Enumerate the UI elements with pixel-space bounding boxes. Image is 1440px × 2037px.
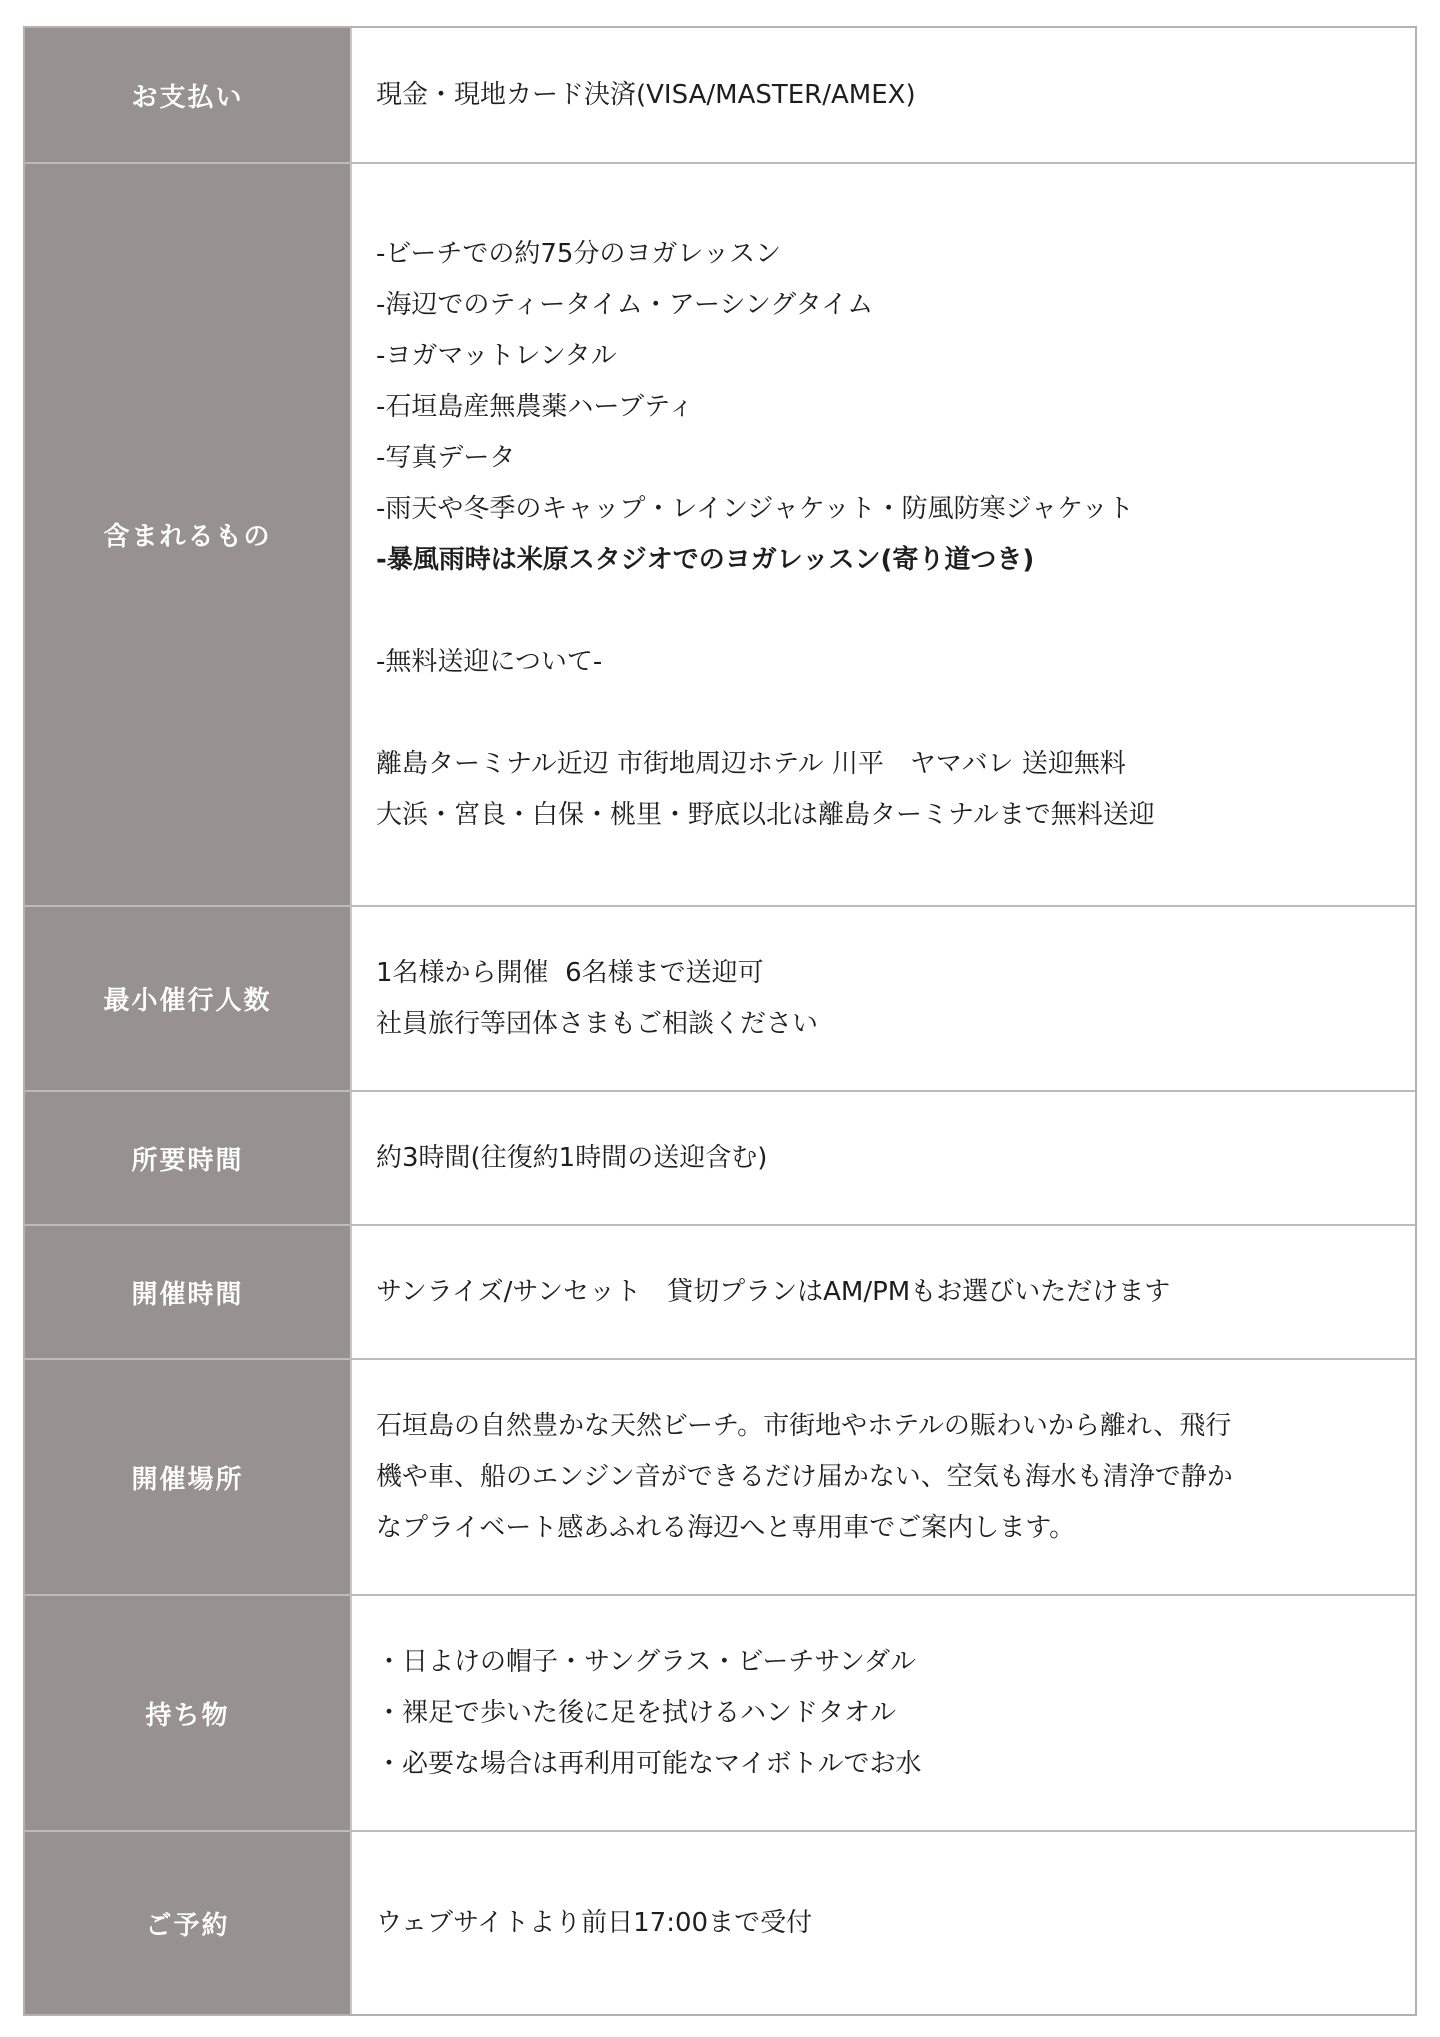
value-line: ・日よけの帽子・サングラス・ビーチサンダル [376,1637,1391,1688]
value-line [376,586,1391,637]
row-value: サンライズ/サンセット 貸切プランはAM/PMもお選びいただけます [352,1226,1415,1358]
table-row: ご予約ウェブサイトより前日17:00まで受付 [25,1830,1415,2014]
row-value: 石垣島の自然豊かな天然ビーチ。市街地やホテルの賑わいから離れ、飛行機や車、船のエ… [352,1360,1415,1594]
value-line: 約3時間(往復約1時間の送迎含む) [376,1133,1391,1184]
value-line [376,688,1391,739]
row-label: 開催時間 [25,1226,352,1358]
row-label: 所要時間 [25,1092,352,1224]
table-row: 持ち物・日よけの帽子・サングラス・ビーチサンダル・裸足で歩いた後に足を拭けるハン… [25,1594,1415,1830]
value-line: ウェブサイトより前日17:00まで受付 [376,1898,1391,1949]
row-label: お支払い [25,28,352,162]
row-value: -ビーチでの約75分のヨガレッスン-海辺でのティータイム・アーシングタイム-ヨガ… [352,164,1415,905]
value-line: -暴風雨時は米原スタジオでのヨガレッスン(寄り道つき) [376,535,1391,586]
table-row: 開催場所石垣島の自然豊かな天然ビーチ。市街地やホテルの賑わいから離れ、飛行機や車… [25,1358,1415,1594]
value-line: -雨天や冬季のキャップ・レインジャケット・防風防寒ジャケット [376,484,1391,535]
table-row: お支払い現金・現地カード決済(VISA/MASTER/AMEX) [25,28,1415,162]
row-value: 約3時間(往復約1時間の送迎含む) [352,1092,1415,1224]
value-line: ・必要な場合は再利用可能なマイボトルでお水 [376,1739,1391,1790]
value-line: -無料送迎について- [376,637,1391,688]
value-line: -海辺でのティータイム・アーシングタイム [376,280,1391,331]
value-line: 現金・現地カード決済(VISA/MASTER/AMEX) [376,70,1391,121]
value-line: なプライベート感あふれる海辺へと専用車でご案内します。 [376,1503,1391,1554]
info-table: お支払い現金・現地カード決済(VISA/MASTER/AMEX)含まれるもの-ビ… [23,26,1417,2016]
value-line: ・裸足で歩いた後に足を拭けるハンドタオル [376,1688,1391,1739]
value-line: -ビーチでの約75分のヨガレッスン [376,229,1391,280]
value-line: -ヨガマットレンタル [376,331,1391,382]
value-line: 社員旅行等団体さまもご相談ください [376,999,1391,1050]
row-value: 1名様から開催 6名様まで送迎可社員旅行等団体さまもご相談ください [352,907,1415,1090]
table-row: 所要時間約3時間(往復約1時間の送迎含む) [25,1090,1415,1224]
table-row: 含まれるもの-ビーチでの約75分のヨガレッスン-海辺でのティータイム・アーシング… [25,162,1415,905]
row-value: ・日よけの帽子・サングラス・ビーチサンダル・裸足で歩いた後に足を拭けるハンドタオ… [352,1596,1415,1830]
row-value: 現金・現地カード決済(VISA/MASTER/AMEX) [352,28,1415,162]
table-row: 開催時間サンライズ/サンセット 貸切プランはAM/PMもお選びいただけます [25,1224,1415,1358]
row-label: 持ち物 [25,1596,352,1830]
row-value: ウェブサイトより前日17:00まで受付 [352,1832,1415,2014]
row-label: 最小催行人数 [25,907,352,1090]
row-label: ご予約 [25,1832,352,2014]
value-line: -写真データ [376,433,1391,484]
value-line: 大浜・宮良・白保・桃里・野底以北は離島ターミナルまで無料送迎 [376,790,1391,841]
value-line: サンライズ/サンセット 貸切プランはAM/PMもお選びいただけます [376,1267,1391,1318]
value-line: 石垣島の自然豊かな天然ビーチ。市街地やホテルの賑わいから離れ、飛行 [376,1401,1391,1452]
value-line: 1名様から開催 6名様まで送迎可 [376,948,1391,999]
row-label: 含まれるもの [25,164,352,905]
row-label: 開催場所 [25,1360,352,1594]
value-line: -石垣島産無農薬ハーブティ [376,382,1391,433]
value-line: 機や車、船のエンジン音ができるだけ届かない、空気も海水も清浄で静か [376,1452,1391,1503]
value-line: 離島ターミナル近辺 市街地周辺ホテル 川平 ヤマバレ 送迎無料 [376,739,1391,790]
table-row: 最小催行人数1名様から開催 6名様まで送迎可社員旅行等団体さまもご相談ください [25,905,1415,1090]
